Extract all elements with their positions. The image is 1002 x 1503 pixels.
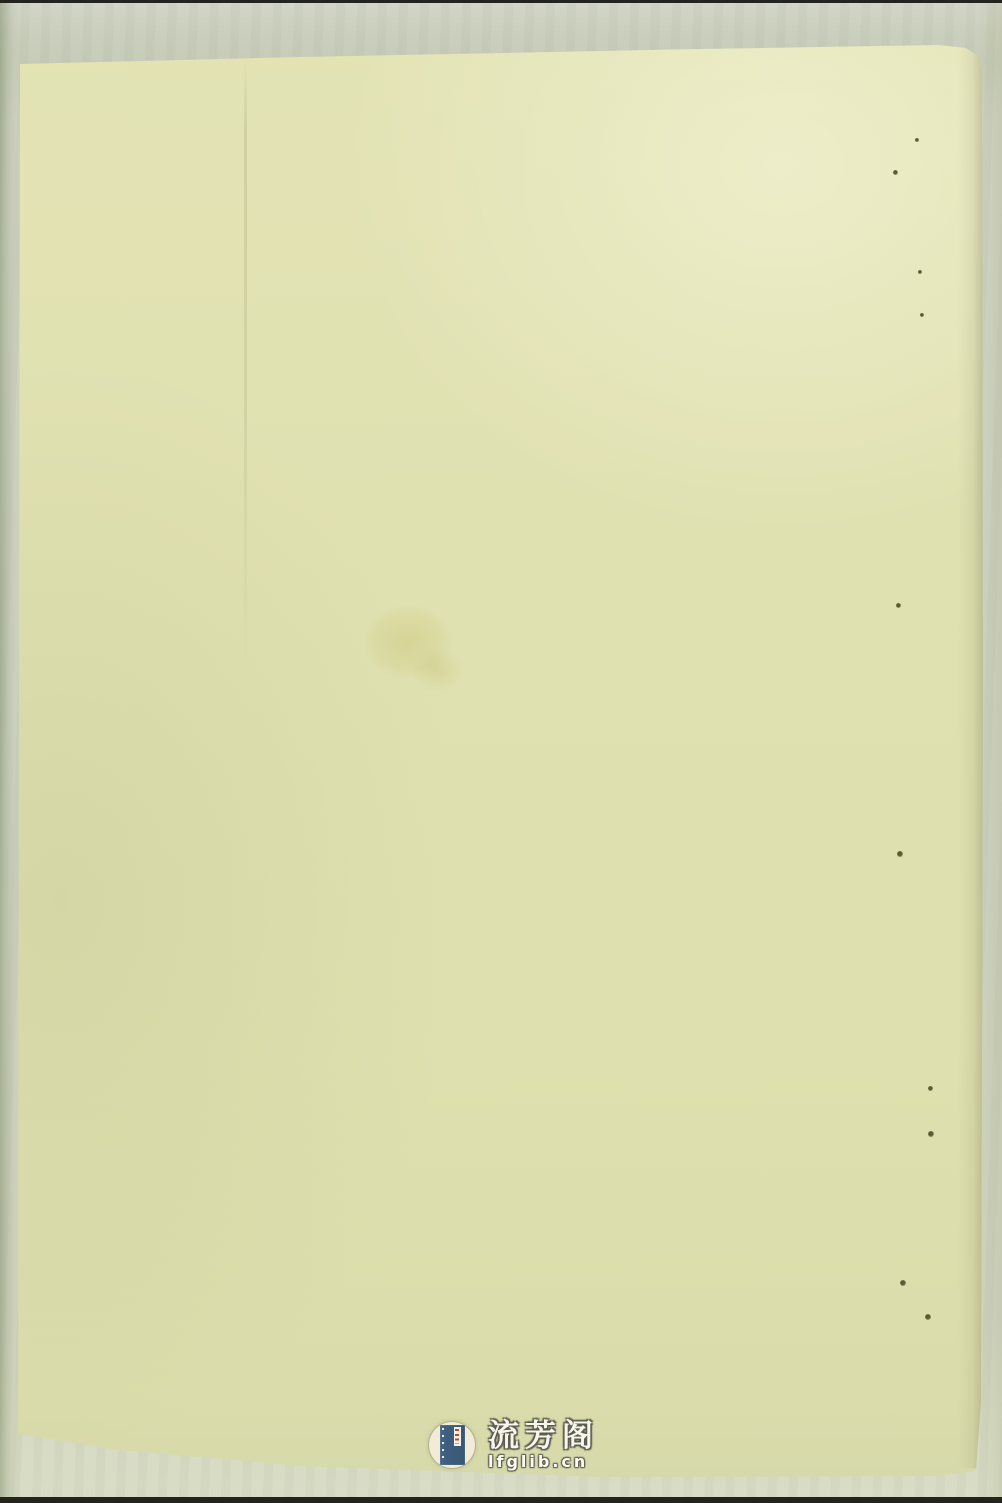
wormhole-spot [896, 603, 901, 608]
book-stitching-icon [442, 1428, 444, 1462]
book-title-slip-text [455, 1429, 459, 1444]
watermark-text-block: 流芳阁 lfglib.cn [488, 1420, 599, 1470]
wormhole-spot [897, 851, 903, 857]
wormhole-spot [925, 1314, 931, 1320]
book-title-slip [454, 1427, 461, 1446]
page-crease [244, 58, 247, 673]
wormhole-spot [928, 1086, 933, 1091]
page-edge-shadow [958, 48, 983, 1468]
wormhole-spot [918, 270, 922, 274]
wormhole-spot [928, 1131, 934, 1137]
wormhole-spot [893, 170, 898, 175]
site-watermark: 流芳阁 lfglib.cn [429, 1419, 599, 1471]
wormhole-spot [915, 138, 919, 142]
lfglib-logo [429, 1422, 475, 1468]
blank-book-page [0, 0, 1002, 1503]
stitched-book-icon [440, 1425, 465, 1465]
watermark-site-url: lfglib.cn [488, 1454, 599, 1470]
wormhole-spot [920, 313, 924, 317]
wormhole-spot [900, 1280, 906, 1286]
scanned-book-page: 流芳阁 lfglib.cn [0, 0, 1002, 1503]
watermark-site-name: 流芳阁 [488, 1420, 599, 1453]
page-stain-small [402, 640, 472, 700]
